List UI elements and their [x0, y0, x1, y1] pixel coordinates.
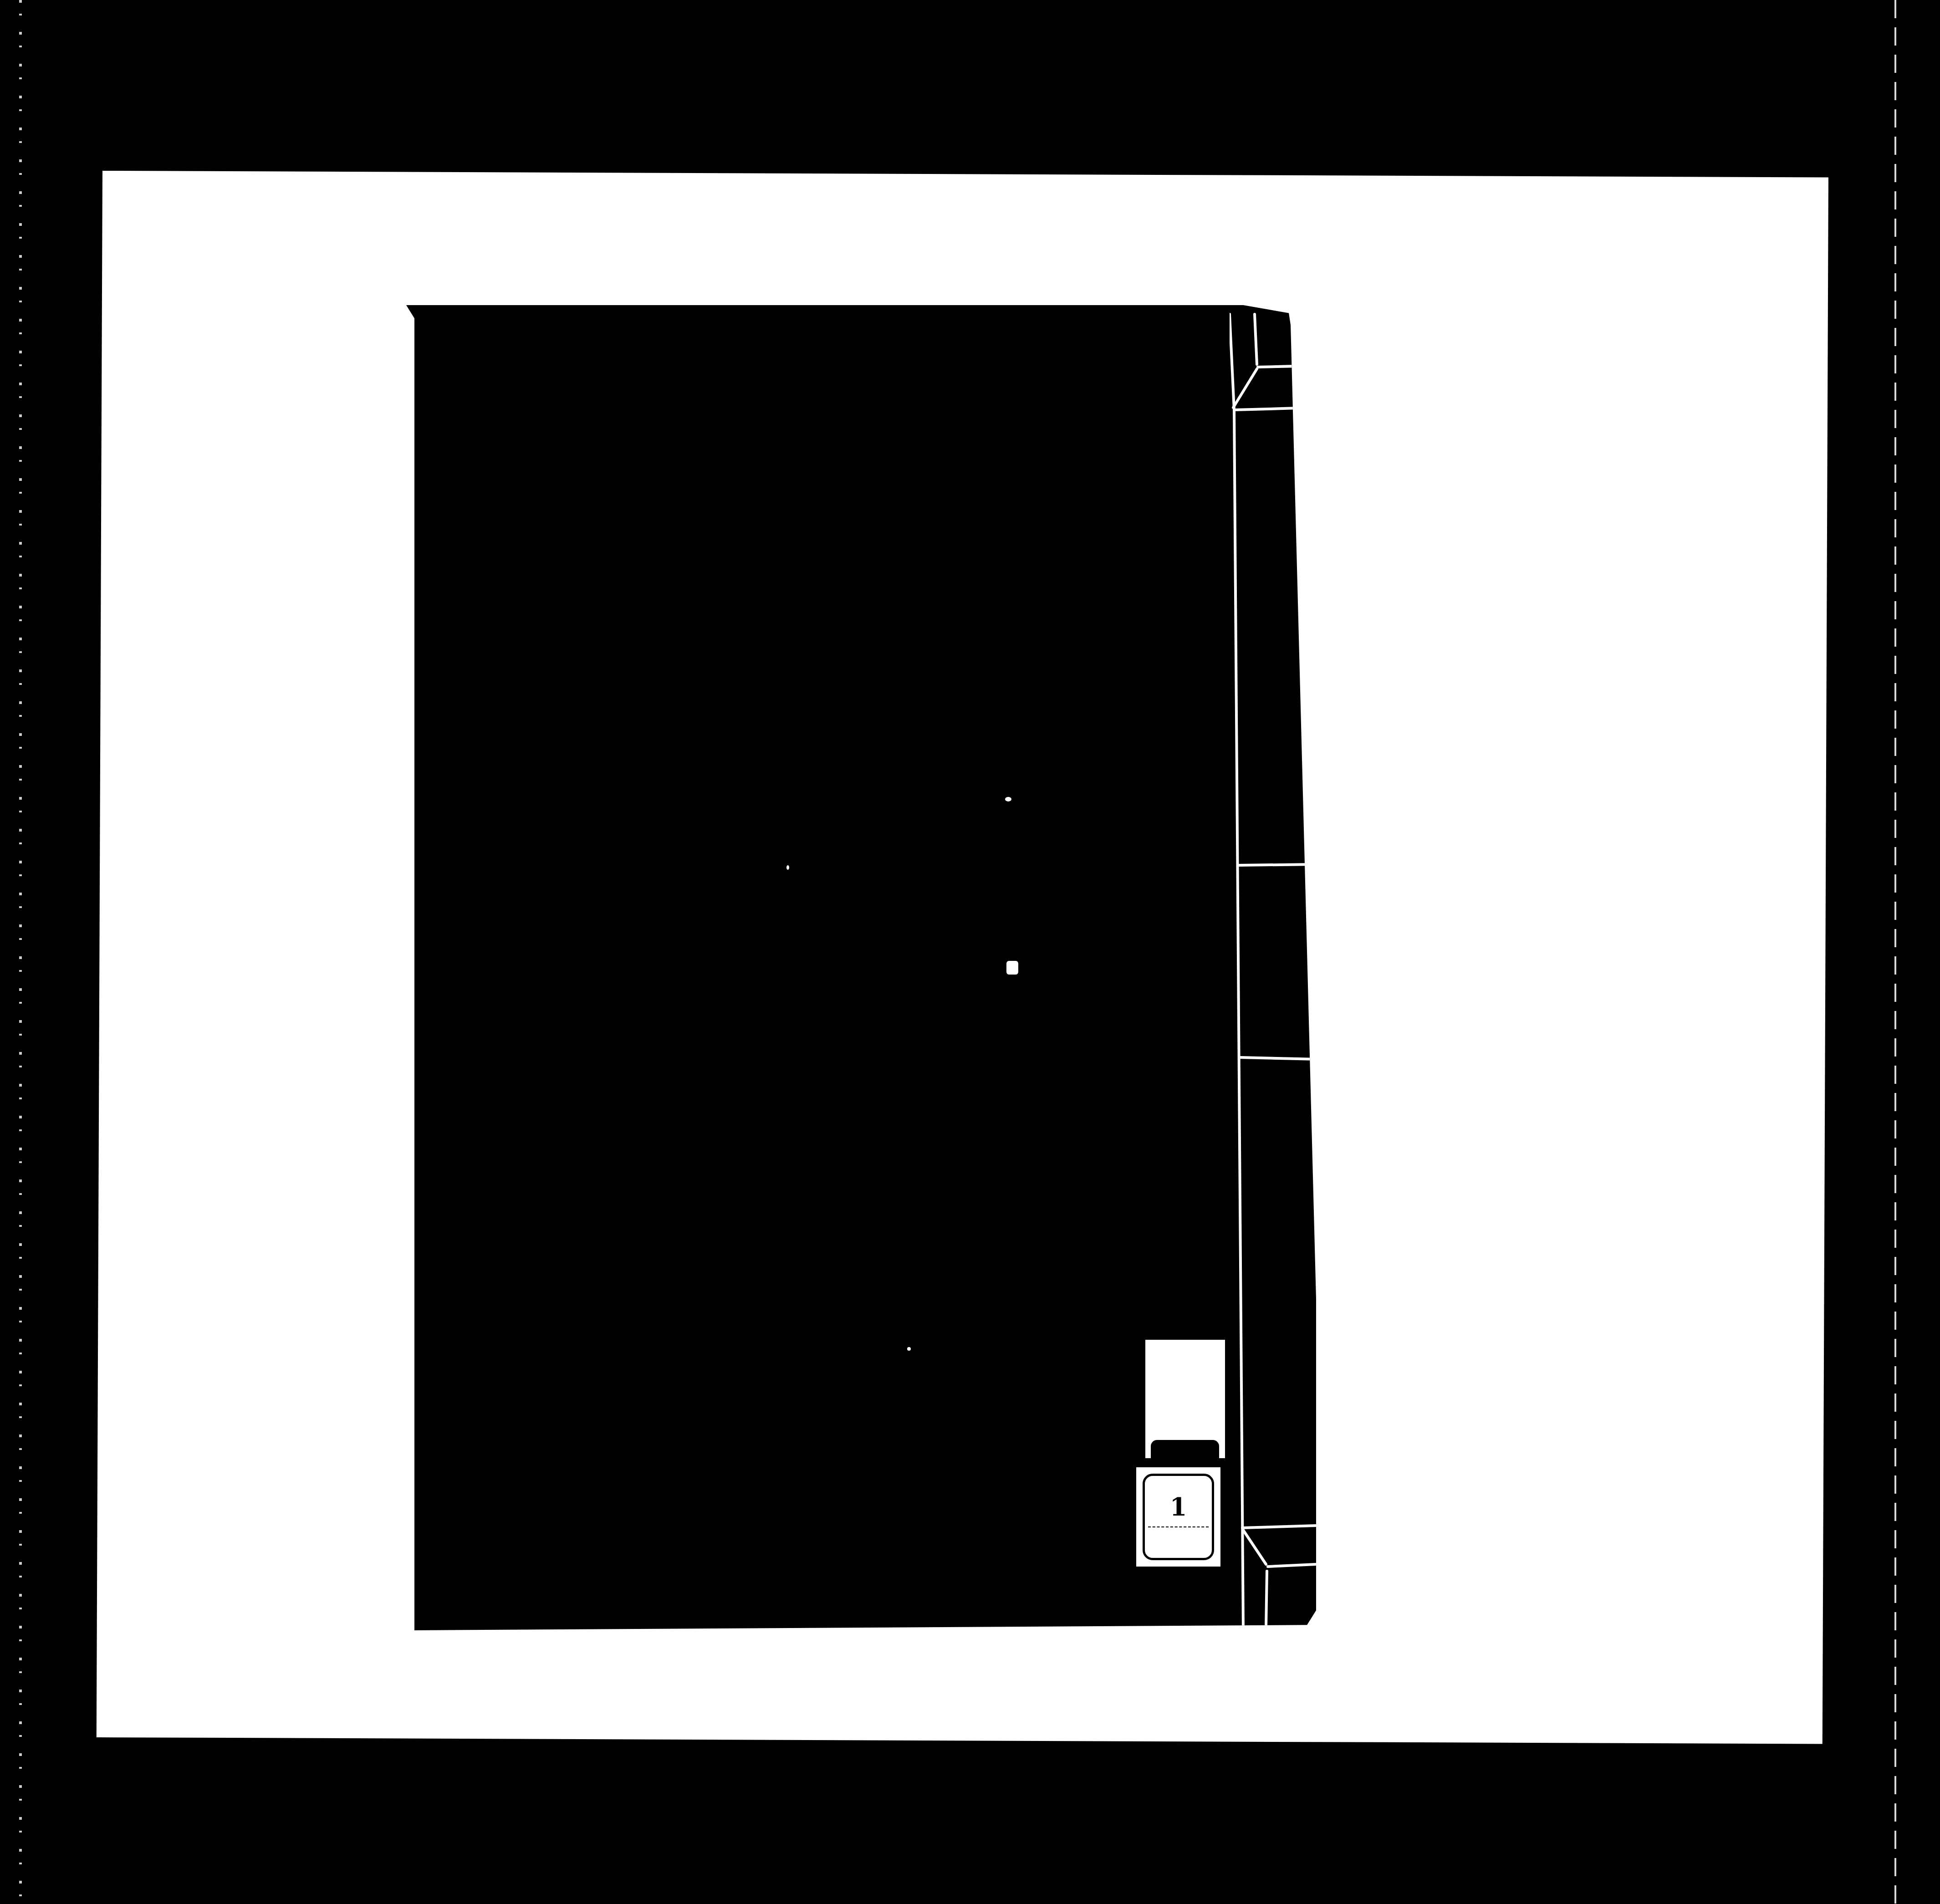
- dust-speck: [1005, 797, 1011, 801]
- film-edge-left: [19, 0, 22, 1904]
- volume-number: 1: [1136, 1495, 1220, 1519]
- title-slip-shadow: [1151, 1440, 1219, 1458]
- book-cover: 1: [406, 305, 1316, 1630]
- film-edge-right: [1894, 0, 1896, 1904]
- title-slip: [1145, 1340, 1225, 1458]
- dust-speck: [907, 1347, 911, 1351]
- dust-speck: [1006, 961, 1018, 975]
- volume-label: 1: [1136, 1467, 1220, 1567]
- volume-label-rule: [1148, 1526, 1209, 1527]
- dust-speck: [786, 865, 789, 870]
